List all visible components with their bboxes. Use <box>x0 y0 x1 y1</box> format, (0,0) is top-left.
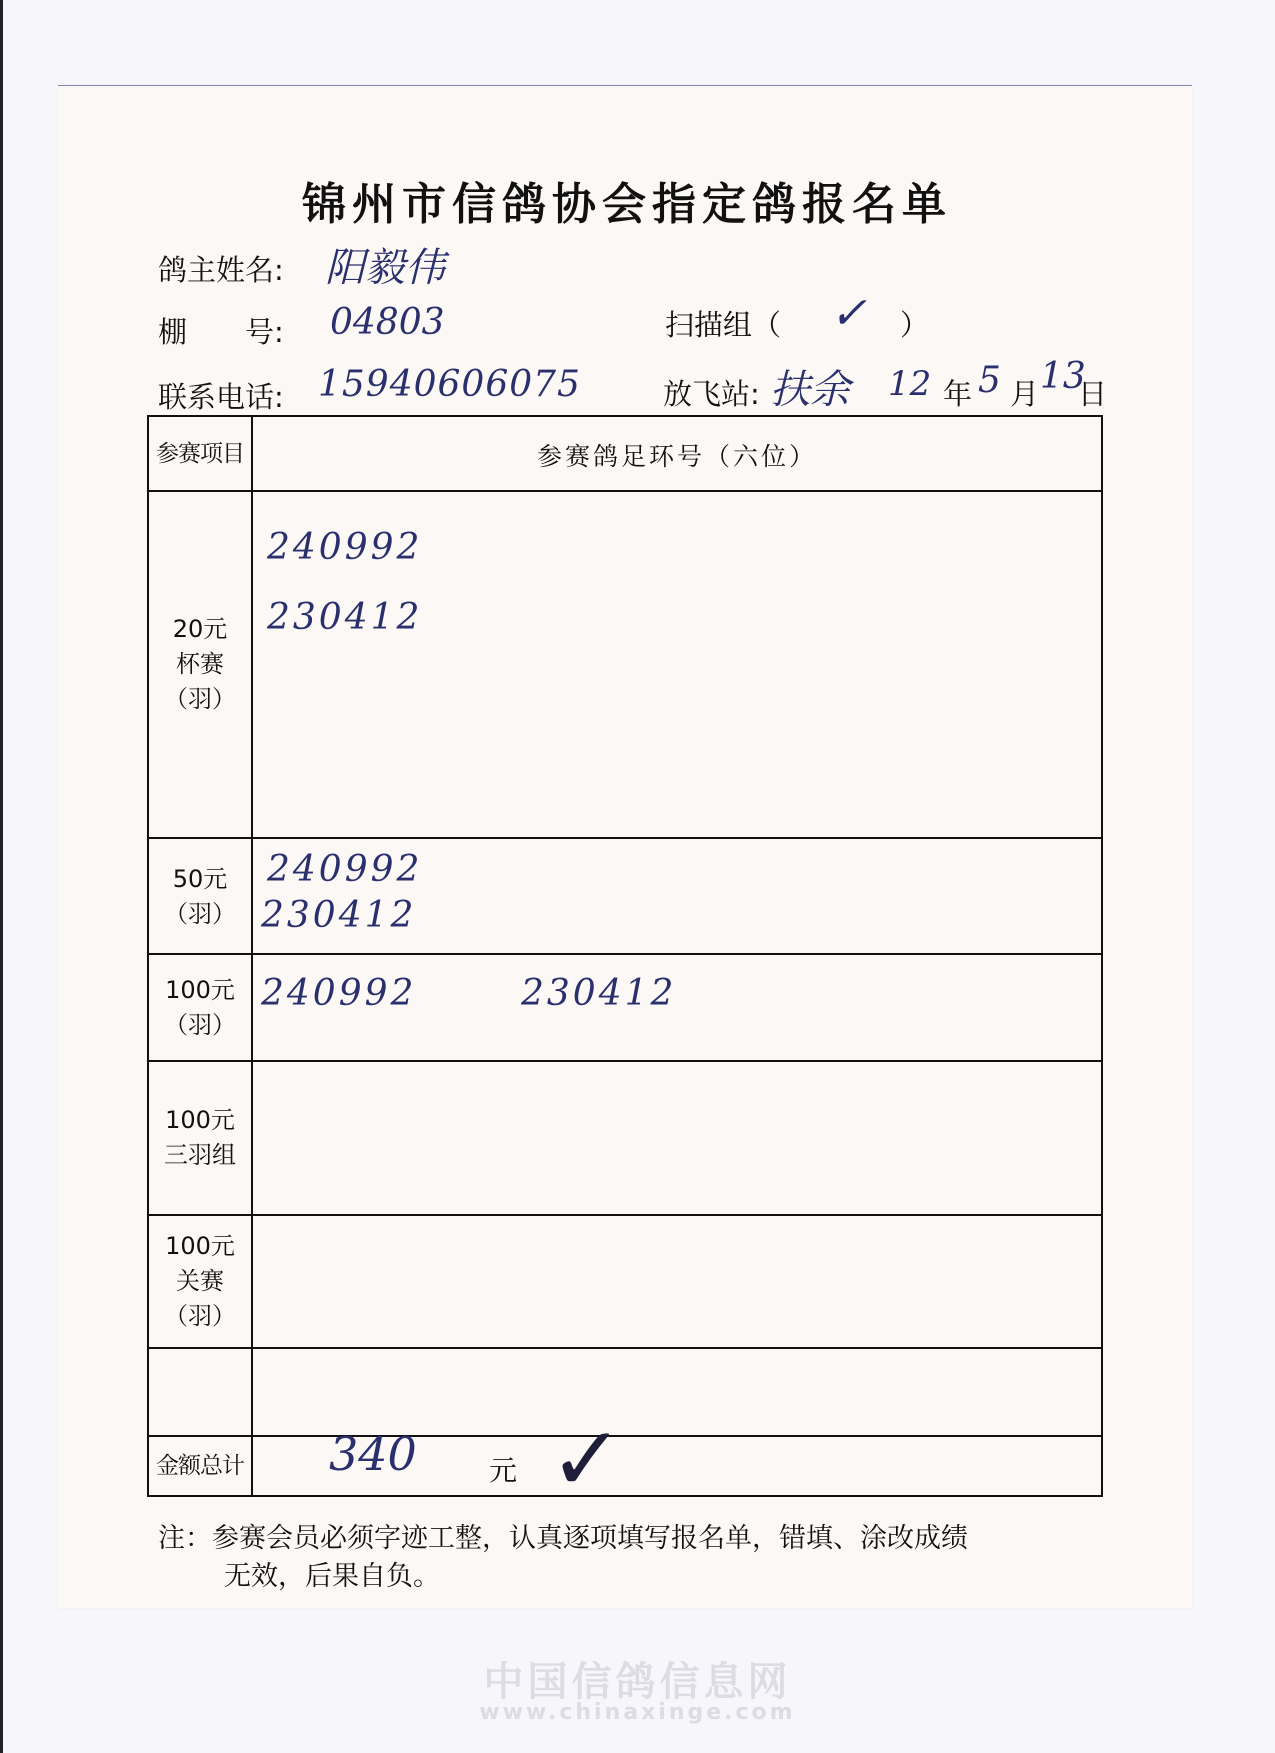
entry-table: 参赛项目 参赛鸽足环号（六位） 20元 杯赛 （羽） 240992 230412… <box>147 415 1103 1497</box>
row-divider <box>149 490 1101 492</box>
loft-number-field[interactable]: 04803 <box>330 302 445 343</box>
category-50: 50元 （羽） <box>149 839 251 955</box>
notice-line-1: 注：参赛会员必须字迹工整，认真逐项填写报名单，错填、涂改成绩 <box>158 1523 968 1554</box>
ring-number-field[interactable]: 230412 <box>267 597 422 638</box>
release-station-field[interactable]: 扶余 <box>770 358 850 415</box>
total-label: 金额总计 <box>149 1437 251 1495</box>
watermark-url: www.chinaxinge.com <box>0 1700 1275 1725</box>
ring-number-field[interactable]: 240992 <box>267 849 422 890</box>
owner-label: 鸽主姓名: <box>158 248 284 289</box>
row-divider <box>149 837 1101 839</box>
month-field[interactable]: 5 <box>978 360 1001 401</box>
year-field[interactable]: 12 <box>888 364 931 404</box>
release-station-label: 放飞站: <box>663 372 760 413</box>
scan-group-close: ） <box>900 303 929 344</box>
scan-edge <box>0 0 3 1753</box>
row-divider <box>149 1435 1101 1437</box>
row-divider <box>149 1060 1101 1062</box>
notice: 注：参赛会员必须字迹工整，认真逐项填写报名单，错填、涂改成绩 无效，后果自负。 <box>158 1520 1138 1596</box>
phone-field[interactable]: 15940606075 <box>318 364 581 405</box>
ring-number-field[interactable]: 240992 <box>267 527 422 568</box>
row-divider <box>149 1347 1101 1349</box>
category-100: 100元 （羽） <box>149 955 251 1060</box>
watermark-title: 中国信鸽信息网 <box>0 1650 1275 1707</box>
row-divider <box>149 1214 1101 1216</box>
scan-group-label: 扫描组（ <box>665 303 781 344</box>
scan-group-checkbox[interactable]: ✓ <box>830 288 867 339</box>
form-title: 锦州市信鸽协会指定鸽报名单 <box>302 168 952 232</box>
total-unit: 元 <box>489 1449 517 1489</box>
notice-line-2: 无效，后果自负。 <box>158 1558 1138 1596</box>
ring-number-field[interactable]: 240992 <box>261 973 416 1014</box>
ring-number-field[interactable]: 230412 <box>521 973 676 1014</box>
category-100-final: 100元 关赛 （羽） <box>149 1216 251 1347</box>
total-amount-field[interactable]: 340 <box>329 1427 417 1481</box>
header-ring-numbers: 参赛鸽足环号（六位） <box>253 417 1101 492</box>
row-divider <box>149 953 1101 955</box>
check-mark-icon: ✓ <box>549 1407 624 1512</box>
loft-label: 棚 号: <box>158 310 284 351</box>
column-divider <box>251 417 253 1495</box>
category-100-three-bird-group: 100元 三羽组 <box>149 1062 251 1214</box>
category-20-cup: 20元 杯赛 （羽） <box>149 492 251 837</box>
ring-number-field[interactable]: 230412 <box>261 895 416 936</box>
phone-label: 联系电话: <box>158 375 284 416</box>
year-label: 年 <box>943 372 972 413</box>
owner-name-field[interactable]: 阳毅伟 <box>325 236 445 293</box>
header-category: 参赛项目 <box>149 417 251 492</box>
month-label: 月 <box>1010 372 1039 413</box>
day-label: 日 <box>1078 372 1107 413</box>
